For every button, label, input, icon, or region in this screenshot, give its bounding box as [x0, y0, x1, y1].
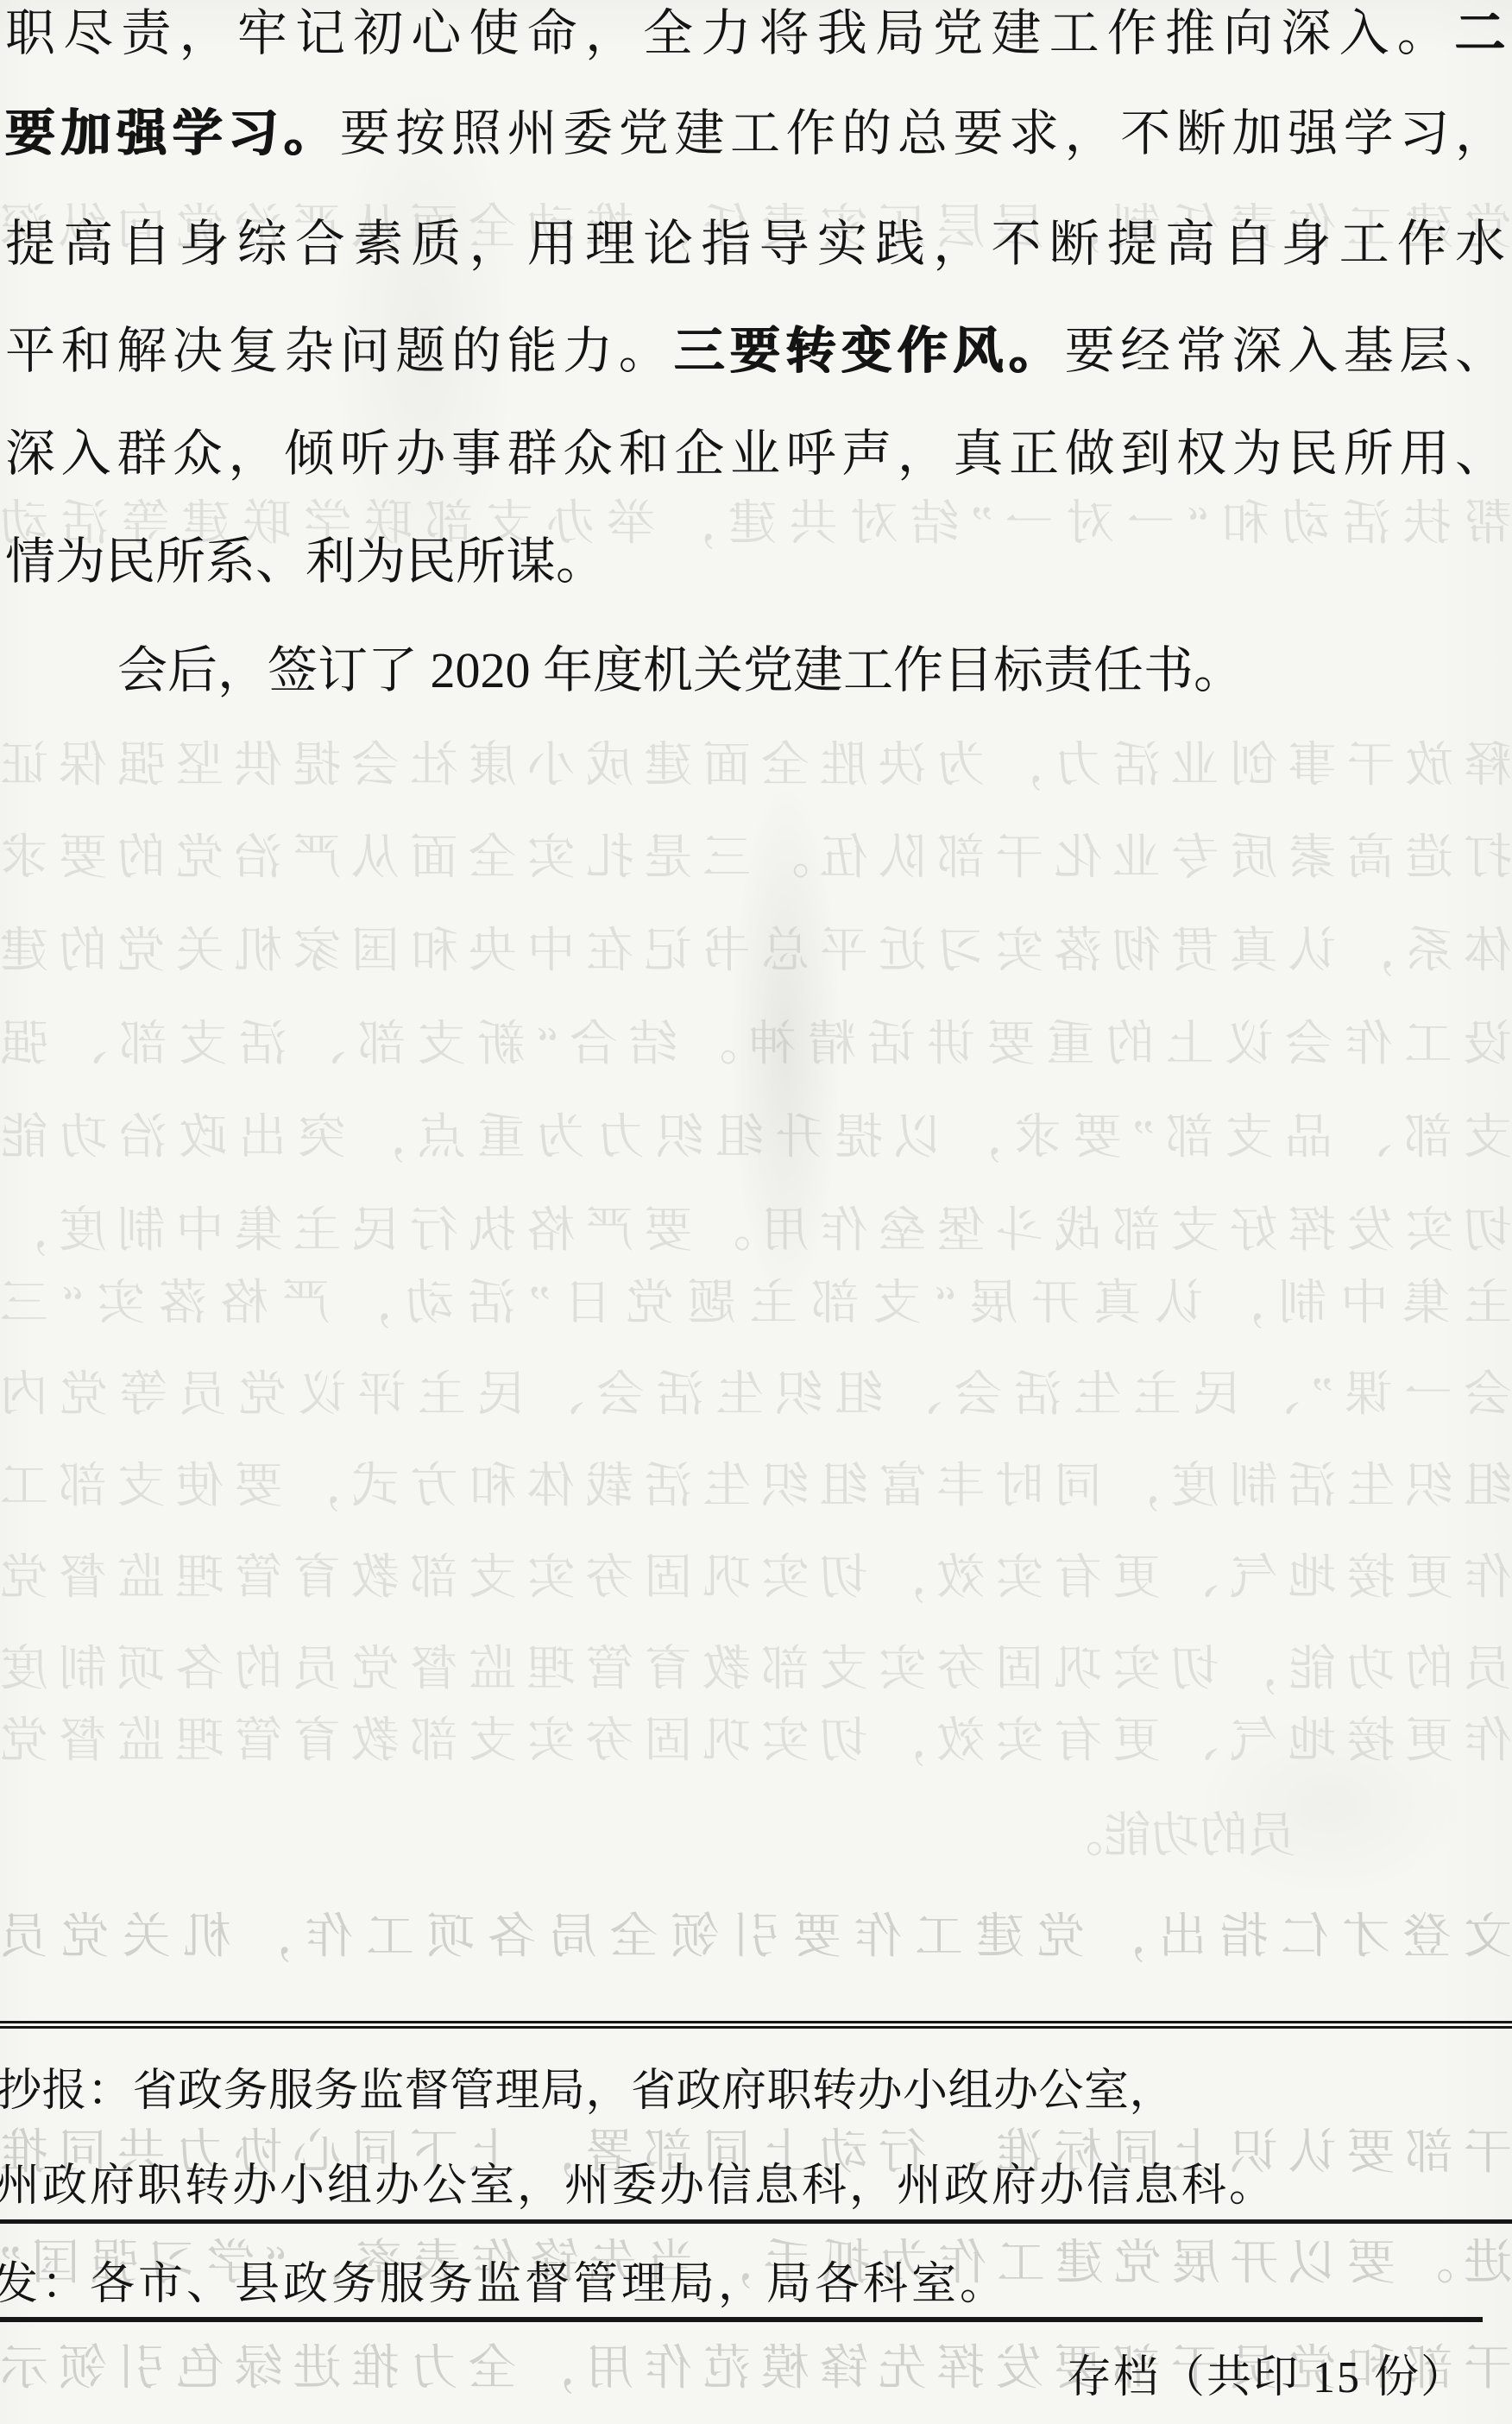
bleedthrough-line: 切实发挥好支部战斗堡垒作用。要严格执行民主集中制度，	[0, 1203, 1512, 1259]
paper-background: 党建工作责任制，层层压实责任，推动全面从严治党向纵深帮扶活动和“一对一”结对共建…	[0, 0, 1512, 2424]
bleedthrough-line: 打造高素质专业化干部队伍。三是扎实全面从严治党的要求	[0, 830, 1512, 886]
bleedthrough-line: 员的功能，切实巩固夯实支部教育管理监督党员的各项制度	[0, 1642, 1512, 1697]
bleedthrough-line: 支部、品支部”要求，以提升组织力为重点，突出政治功能	[0, 1110, 1512, 1165]
bleedthrough-line: 员的功能。	[1055, 1809, 1296, 1864]
document-text-line: 平和解决复杂问题的能力。三要转变作风。要经常深入基层、	[5, 321, 1505, 382]
archive-note: 存档（共印 15 份）	[1067, 2351, 1467, 2405]
bold-text-run: 二	[1455, 5, 1505, 61]
distribution-line: 发：各市、县政务服务监督管理局，局各科室。	[0, 2258, 1008, 2312]
bleedthrough-line: 文登才仁指出，党建工作要引领全局各项工作，机关党员	[0, 1910, 1512, 1965]
copy-to-line-1: 抄报：省政务服务监督管理局，省政府职转办小组办公室，	[0, 2065, 1175, 2118]
text-run: 要经常深入基层、	[1065, 323, 1505, 379]
text-run: 提高自身综合素质，用理论指导实践，不断提高自身工作水	[5, 216, 1505, 272]
bleedthrough-line: 释放干事创业活力，为决胜全面建成小康社会提供坚强保证	[0, 738, 1512, 793]
document-text-line: 要加强学习。要按照州委党建工作的总要求，不断加强学习，	[5, 104, 1505, 164]
separator-rule-bottom	[0, 2317, 1483, 2322]
document-text-line: 情为民所系、利为民所谋。	[5, 532, 1505, 592]
bold-text-run: 要加强学习。	[5, 105, 340, 161]
bleedthrough-line: 主集中制，认真开展“支部主题党日”活动，严格落实“三	[0, 1276, 1512, 1331]
bleedthrough-line: 组织生活制度，同时丰富组织生活载体和方式，要使支部工	[0, 1459, 1512, 1514]
bold-text-run: 三要转变作风。	[674, 323, 1064, 379]
separator-rule-top-lower	[0, 2026, 1512, 2029]
text-run: 会后，签订了 2020 年度机关党建工作目标责任书。	[117, 642, 1244, 698]
bleedthrough-line: 作更接地气、更有实效，切实巩固夯实支部教育管理监督党	[0, 1550, 1512, 1606]
separator-rule-middle	[0, 2219, 1512, 2224]
text-run: 职尽责，牢记初心使命，全力将我局党建工作推向深入。	[5, 5, 1455, 61]
bleedthrough-line: 设工作会议上的重要讲话精神。结合“新支部、活支部、强	[0, 1017, 1512, 1072]
text-run: 情为民所系、利为民所谋。	[5, 533, 606, 590]
text-run: 要按照州委党建工作的总要求，不断加强学习，	[340, 105, 1505, 161]
text-run: 平和解决复杂问题的能力。	[5, 323, 674, 379]
scanned-document-page: { "document": { "main_lines": [ {"justif…	[0, 0, 1512, 2424]
document-text-line: 深入群众，倾听办事群众和企业呼声，真正做到权为民所用、	[5, 424, 1505, 484]
bleedthrough-line: 体系，认真贯彻落实习近平总书记在中央和国家机关党的建	[0, 924, 1512, 979]
bleedthrough-line: 作更接地气、更有实效，切实巩固夯实支部教育管理监督党	[0, 1714, 1512, 1769]
document-text-line: 职尽责，牢记初心使命，全力将我局党建工作推向深入。二	[5, 3, 1505, 64]
text-run: 深入群众，倾听办事群众和企业呼声，真正做到权为民所用、	[5, 426, 1505, 482]
bleedthrough-line: 会一课”、民主生活会、组织生活会、民主评议党员等党内	[0, 1367, 1512, 1423]
copy-to-line-2: 州政府职转办小组办公室，州委办信息科，州政府办信息科。	[0, 2160, 1276, 2213]
separator-rule-top-upper	[0, 2021, 1512, 2023]
document-text-line: 提高自身综合素质，用理论指导实践，不断提高自身工作水	[5, 214, 1505, 275]
document-text-line: 会后，签订了 2020 年度机关党建工作目标责任书。	[117, 641, 1505, 701]
